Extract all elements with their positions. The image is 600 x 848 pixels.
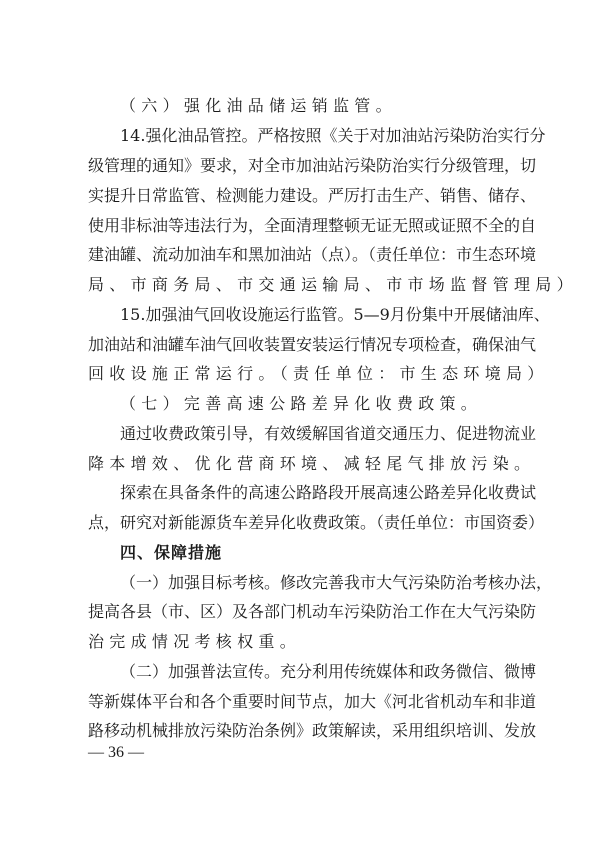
paragraph-line: 回收设施正常运行。（责任单位：市生态环境局） <box>88 363 516 385</box>
paragraph-line: 建油罐、流动加油车和黑加油站（点）。（责任单位：市生态环境 <box>88 244 516 266</box>
section-heading-7: （七）完善高速公路差异化收费政策。 <box>120 393 516 415</box>
paragraph-line: 级管理的通知》要求，对全市加油站污染防治实行分级管理，切 <box>88 155 516 177</box>
paragraph-line: 提高各县（市、区）及各部门机动车污染防治工作在大气污染防 <box>88 601 516 623</box>
paragraph-line: （二）加强普法宣传。充分利用传统媒体和政务微信、微博 <box>120 661 516 683</box>
document-page: （六）强化油品储运销监管。 14.强化油品管控。严格按照《关于对加油站污染防治实… <box>0 0 600 848</box>
chapter-heading: 四、保障措施 <box>120 542 516 564</box>
paragraph-line: 治完成情况考核权重。 <box>88 631 516 653</box>
paragraph-line: 降本增效、优化营商环境、减轻尾气排放污染。 <box>88 453 516 475</box>
paragraph-line: （一）加强目标考核。修改完善我市大气污染防治考核办法， <box>120 572 516 594</box>
paragraph-line: 15.加强油气回收设施运行监管。5—9月份集中开展储油库、 <box>120 304 516 326</box>
paragraph-line: 路移动机械排放污染防治条例》政策解读，采用组织培训、发放 <box>88 720 516 742</box>
paragraph-line: 加油站和油罐车油气回收装置安装运行情况专项检查，确保油气 <box>88 334 516 356</box>
paragraph-line: 使用非标油等违法行为，全面清理整顿无证无照或证照不全的自 <box>88 215 516 237</box>
paragraph-line: 通过收费政策引导，有效缓解国省道交通压力、促进物流业 <box>120 423 516 445</box>
paragraph-line: 实提升日常监管、检测能力建设。严厉打击生产、销售、储存、 <box>88 185 516 207</box>
paragraph-line: 探索在具备条件的高速公路路段开展高速公路差异化收费试 <box>120 482 516 504</box>
paragraph-line: 14.强化油品管控。严格按照《关于对加油站污染防治实行分 <box>120 125 516 147</box>
page-number: — 36 — <box>88 742 144 764</box>
section-heading-6: （六）强化油品储运销监管。 <box>120 95 516 117</box>
paragraph-line: 等新媒体平台和各个重要时间节点，加大《河北省机动车和非道 <box>88 691 516 713</box>
paragraph-line: 局、市商务局、市交通运输局、市市场监督管理局） <box>88 274 516 296</box>
paragraph-line: 点，研究对新能源货车差异化收费政策。（责任单位：市国资委） <box>88 512 516 534</box>
